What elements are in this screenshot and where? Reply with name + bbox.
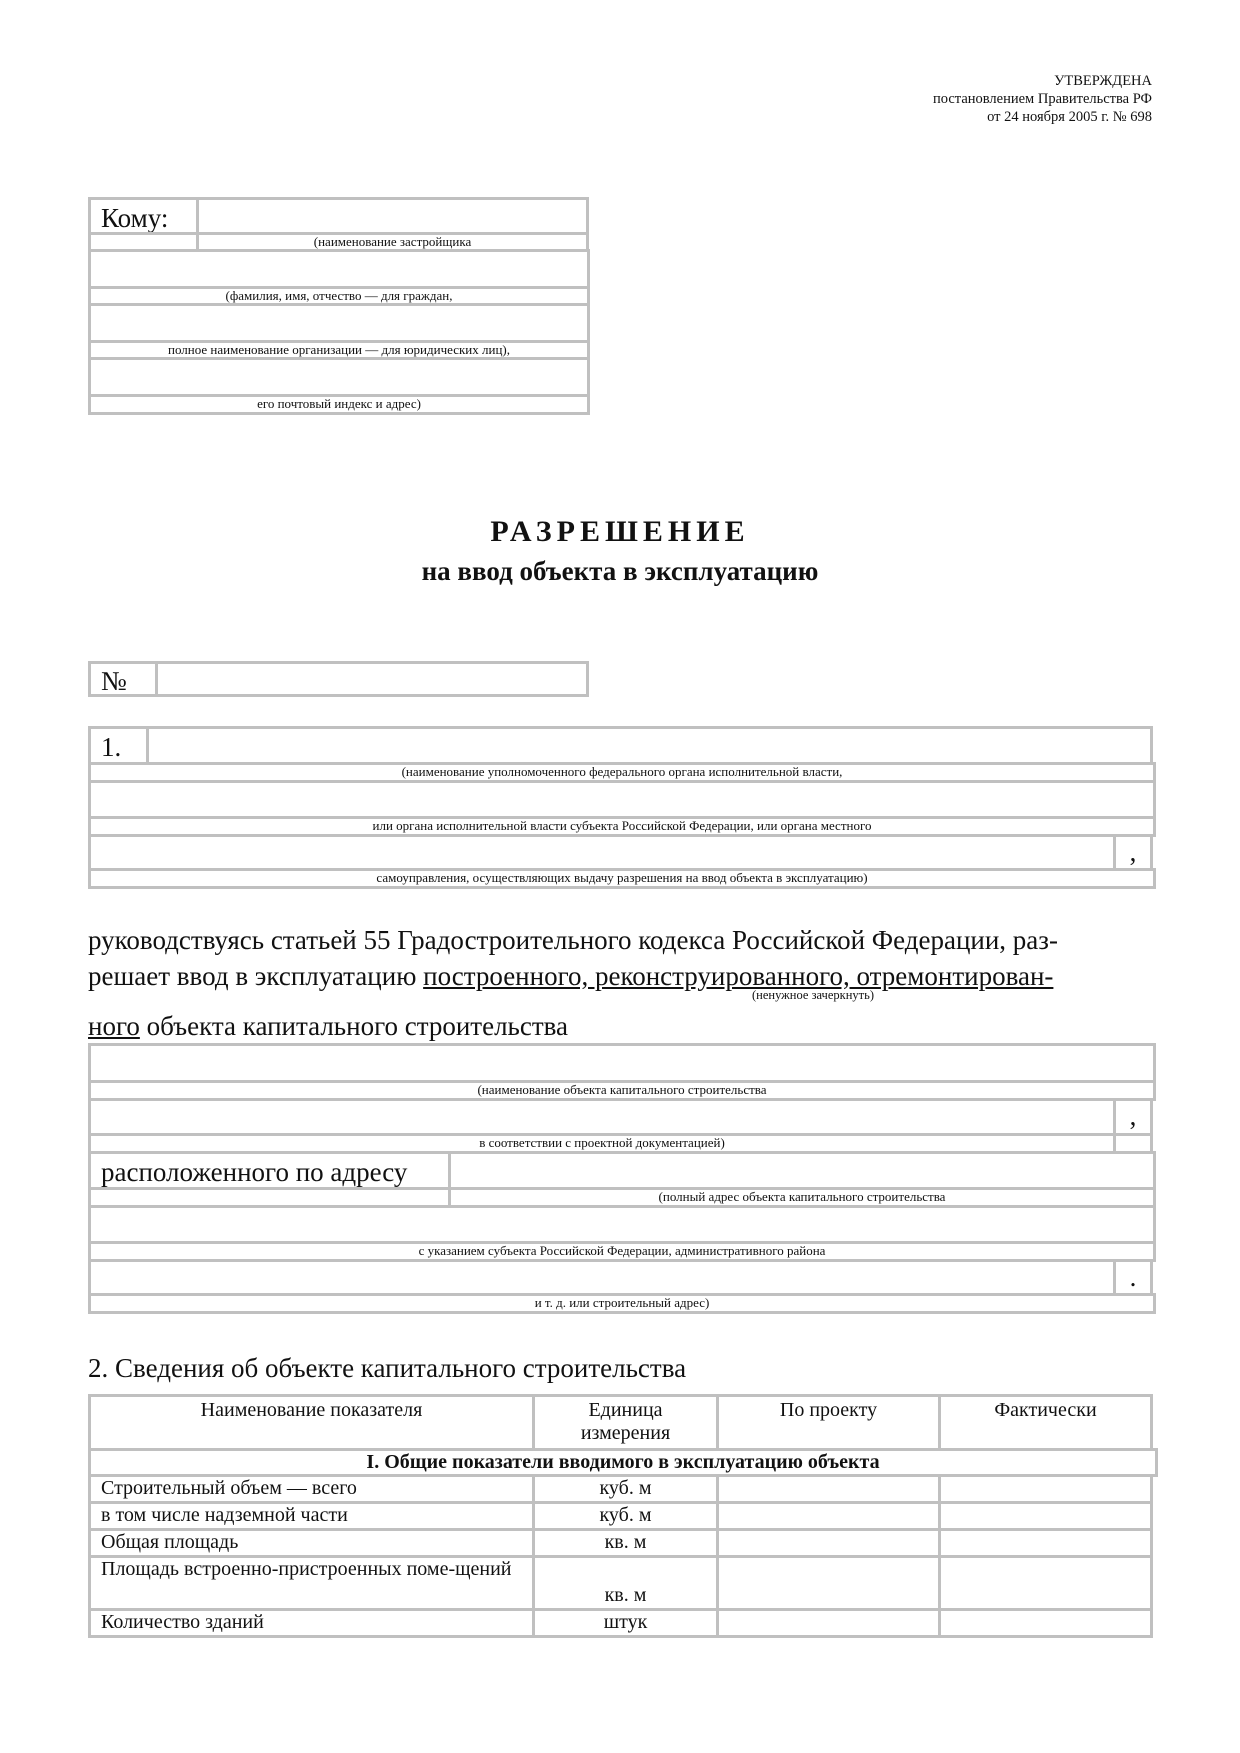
row-unit: кв. м: [532, 1528, 719, 1558]
permit-number-field[interactable]: [155, 661, 589, 697]
row-actual-value[interactable]: [938, 1608, 1153, 1638]
authority-label: 1.: [91, 729, 146, 762]
approval-title: УТВЕРЖДЕНА: [933, 72, 1152, 90]
col-header-project: По проекту: [716, 1394, 941, 1451]
authority-hint-3: самоуправления, осуществляющих выдачу ра…: [88, 868, 1156, 889]
row-actual-value[interactable]: [938, 1501, 1153, 1531]
body-line-3: ного объекта капитального строительства: [88, 1008, 568, 1044]
approval-block: УТВЕРЖДЕНА постановлением Правительства …: [933, 72, 1152, 126]
row-unit: куб. м: [532, 1474, 719, 1504]
row-name: Общая площадь: [88, 1528, 535, 1558]
row-actual-value[interactable]: [938, 1555, 1153, 1611]
number-label: №: [91, 664, 155, 696]
approval-date: от 24 ноября 2005 г. № 698: [933, 108, 1152, 126]
col-header-unit: Единица измерения: [532, 1394, 719, 1451]
group-title-row: I. Общие показатели вводимого в эксплуат…: [88, 1448, 1158, 1477]
row-project-value[interactable]: [716, 1501, 941, 1531]
row-unit: кв. м: [532, 1555, 719, 1611]
address-hint-3: и т. д. или строительный адрес): [88, 1293, 1156, 1314]
address-label-cell: расположенного по адресу: [88, 1151, 451, 1190]
recipient-label-cell: Кому:: [88, 197, 199, 235]
row-unit: штук: [532, 1608, 719, 1638]
address-field-1[interactable]: [448, 1151, 1156, 1190]
authority-comma: ,: [1113, 834, 1153, 871]
body-line-2-text: решает ввод в эксплуатацию: [88, 961, 423, 991]
object-comma: ,: [1113, 1098, 1153, 1136]
body-line-1: руководствуясь статьей 55 Градостроитель…: [88, 922, 1168, 958]
address-period: .: [1113, 1259, 1153, 1296]
strike-options-end[interactable]: ного: [88, 1011, 140, 1041]
row-unit: куб. м: [532, 1501, 719, 1531]
object-name-field[interactable]: [88, 1043, 1156, 1083]
row-name: Количество зданий: [88, 1608, 535, 1638]
recipient-address-field[interactable]: [88, 357, 590, 397]
row-name: Строительный объем — всего: [88, 1474, 535, 1504]
strike-options[interactable]: построенного, реконструированного, отрем…: [423, 961, 1053, 991]
recipient-name-field[interactable]: [196, 197, 589, 235]
authority-line-2-field[interactable]: [88, 780, 1156, 819]
address-label: расположенного по адресу: [91, 1154, 448, 1187]
row-name: Площадь встроенно-пристроенных поме-щени…: [88, 1555, 535, 1611]
authority-label-cell: 1.: [88, 726, 149, 765]
document-subtitle: на ввод объекта в эксплуатацию: [0, 556, 1240, 587]
col-header-actual: Фактически: [938, 1394, 1153, 1451]
recipient-org-field[interactable]: [88, 303, 590, 343]
col-header-name: Наименование показателя: [88, 1394, 535, 1451]
recipient-hint-address: его почтовый индекс и адрес): [88, 394, 590, 415]
address-field-3[interactable]: [88, 1259, 1116, 1296]
number-label-cell: №: [88, 661, 158, 697]
row-name: в том числе надземной части: [88, 1501, 535, 1531]
recipient-label: Кому:: [91, 200, 196, 233]
row-actual-value[interactable]: [938, 1474, 1153, 1504]
row-project-value[interactable]: [716, 1555, 941, 1611]
row-actual-value[interactable]: [938, 1528, 1153, 1558]
object-name-cont-field[interactable]: [88, 1098, 1116, 1136]
body-line-3-text: объекта капитального строительства: [140, 1011, 568, 1041]
document-title: РАЗРЕШЕНИЕ: [0, 515, 1240, 549]
recipient-fio-field[interactable]: [88, 249, 590, 289]
row-project-value[interactable]: [716, 1528, 941, 1558]
address-field-2[interactable]: [88, 1205, 1156, 1244]
authority-line-3-field[interactable]: [88, 834, 1116, 871]
strike-hint: (ненужное зачеркнуть): [738, 988, 888, 1002]
body-line-2: решает ввод в эксплуатацию построенного,…: [88, 958, 1168, 994]
section-2-heading: 2. Сведения об объекте капитального стро…: [88, 1350, 686, 1386]
row-project-value[interactable]: [716, 1608, 941, 1638]
authority-name-field[interactable]: [146, 726, 1153, 765]
approval-decree: постановлением Правительства РФ: [933, 90, 1152, 108]
body-paragraph: руководствуясь статьей 55 Градостроитель…: [88, 922, 1168, 994]
row-project-value[interactable]: [716, 1474, 941, 1504]
